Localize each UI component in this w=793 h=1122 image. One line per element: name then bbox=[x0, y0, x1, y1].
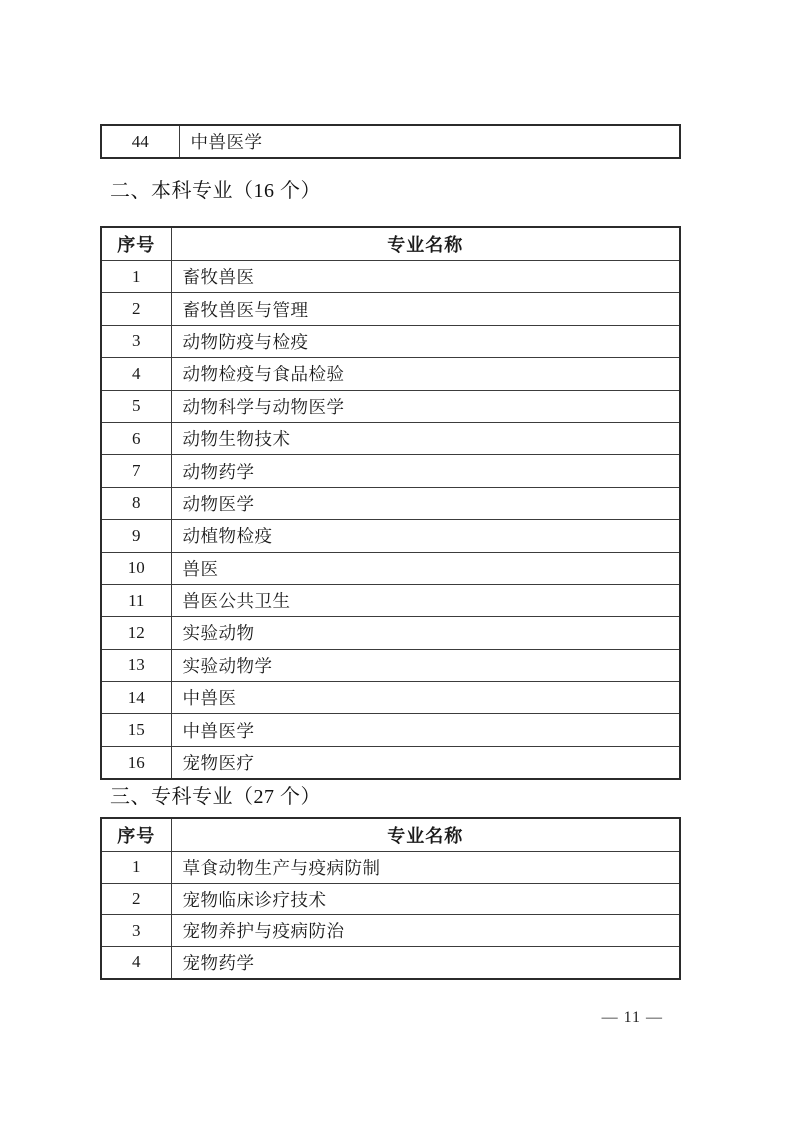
table-row: 9 动植物检疫 bbox=[101, 520, 680, 552]
table-row: 1 草食动物生产与疫病防制 bbox=[101, 852, 680, 884]
table-row: 12 实验动物 bbox=[101, 617, 680, 649]
major-name-cell: 宠物养护与疫病防治 bbox=[171, 915, 680, 947]
major-name-cell: 草食动物生产与疫病防制 bbox=[171, 852, 680, 884]
continued-table: 44 中兽医学 bbox=[100, 124, 681, 159]
vocational-majors-table: 序号 专业名称 1 草食动物生产与疫病防制 2 宠物临床诊疗技术 3 宠物养护与… bbox=[100, 817, 681, 980]
page-number: — 11 — bbox=[602, 1009, 663, 1027]
table-row: 6 动物生物技术 bbox=[101, 422, 680, 454]
row-index-cell: 13 bbox=[101, 649, 171, 681]
major-name-cell: 动植物检疫 bbox=[171, 520, 680, 552]
major-name-cell: 中兽医 bbox=[171, 682, 680, 714]
table-row: 3 动物防疫与检疫 bbox=[101, 325, 680, 357]
table-row: 2 宠物临床诊疗技术 bbox=[101, 883, 680, 915]
major-name-cell: 实验动物学 bbox=[171, 649, 680, 681]
major-name-cell: 中兽医学 bbox=[171, 714, 680, 746]
major-name-cell: 动物医学 bbox=[171, 487, 680, 519]
row-index-cell: 4 bbox=[101, 358, 171, 390]
row-index-cell: 8 bbox=[101, 487, 171, 519]
row-index-cell: 3 bbox=[101, 915, 171, 947]
section-heading-vocational: 三、专科专业（27 个） bbox=[110, 786, 321, 809]
row-index-cell: 2 bbox=[101, 293, 171, 325]
row-index-cell: 1 bbox=[101, 852, 171, 884]
major-name-cell: 兽医公共卫生 bbox=[171, 584, 680, 616]
table-row: 13 实验动物学 bbox=[101, 649, 680, 681]
row-index-cell: 3 bbox=[101, 325, 171, 357]
row-index-cell: 7 bbox=[101, 455, 171, 487]
row-index-cell: 10 bbox=[101, 552, 171, 584]
column-header-index: 序号 bbox=[101, 227, 171, 261]
table-row: 7 动物药学 bbox=[101, 455, 680, 487]
major-name-cell: 实验动物 bbox=[171, 617, 680, 649]
major-name-cell: 动物检疫与食品检验 bbox=[171, 358, 680, 390]
major-name-cell: 动物生物技术 bbox=[171, 422, 680, 454]
row-index-cell: 16 bbox=[101, 746, 171, 779]
row-index-cell: 5 bbox=[101, 390, 171, 422]
row-index-cell: 12 bbox=[101, 617, 171, 649]
column-header-index: 序号 bbox=[101, 818, 171, 852]
row-index-cell: 11 bbox=[101, 584, 171, 616]
row-index-cell: 6 bbox=[101, 422, 171, 454]
undergraduate-majors-table: 序号 专业名称 1 畜牧兽医 2 畜牧兽医与管理 3 动物防疫与检疫 4 动物检… bbox=[100, 226, 681, 780]
table-row: 10 兽医 bbox=[101, 552, 680, 584]
major-name-cell: 畜牧兽医 bbox=[171, 261, 680, 293]
table-row: 14 中兽医 bbox=[101, 682, 680, 714]
row-index-cell: 1 bbox=[101, 261, 171, 293]
table-row: 2 畜牧兽医与管理 bbox=[101, 293, 680, 325]
document-page: 44 中兽医学 二、本科专业（16 个） 序号 专业名称 1 畜牧兽医 2 畜牧… bbox=[0, 0, 793, 1122]
row-index-cell: 2 bbox=[101, 883, 171, 915]
major-name-cell: 动物防疫与检疫 bbox=[171, 325, 680, 357]
table-header-row: 序号 专业名称 bbox=[101, 818, 680, 852]
major-name-cell: 中兽医学 bbox=[179, 125, 680, 158]
table-row: 1 畜牧兽医 bbox=[101, 261, 680, 293]
row-index-cell: 14 bbox=[101, 682, 171, 714]
major-name-cell: 畜牧兽医与管理 bbox=[171, 293, 680, 325]
table-row: 11 兽医公共卫生 bbox=[101, 584, 680, 616]
table-row: 4 宠物药学 bbox=[101, 947, 680, 979]
major-name-cell: 动物科学与动物医学 bbox=[171, 390, 680, 422]
section-heading-undergraduate: 二、本科专业（16 个） bbox=[110, 180, 321, 203]
table-row: 4 动物检疫与食品检验 bbox=[101, 358, 680, 390]
row-index-cell: 15 bbox=[101, 714, 171, 746]
major-name-cell: 宠物临床诊疗技术 bbox=[171, 883, 680, 915]
table-row: 5 动物科学与动物医学 bbox=[101, 390, 680, 422]
major-name-cell: 动物药学 bbox=[171, 455, 680, 487]
major-name-cell: 宠物药学 bbox=[171, 947, 680, 979]
table-header-row: 序号 专业名称 bbox=[101, 227, 680, 261]
row-index-cell: 4 bbox=[101, 947, 171, 979]
table-row: 8 动物医学 bbox=[101, 487, 680, 519]
column-header-major-name: 专业名称 bbox=[171, 818, 680, 852]
major-name-cell: 宠物医疗 bbox=[171, 746, 680, 779]
column-header-major-name: 专业名称 bbox=[171, 227, 680, 261]
table-row: 44 中兽医学 bbox=[101, 125, 680, 158]
major-name-cell: 兽医 bbox=[171, 552, 680, 584]
row-index-cell: 9 bbox=[101, 520, 171, 552]
table-row: 15 中兽医学 bbox=[101, 714, 680, 746]
table-row: 16 宠物医疗 bbox=[101, 746, 680, 779]
table-row: 3 宠物养护与疫病防治 bbox=[101, 915, 680, 947]
row-index-cell: 44 bbox=[101, 125, 179, 158]
